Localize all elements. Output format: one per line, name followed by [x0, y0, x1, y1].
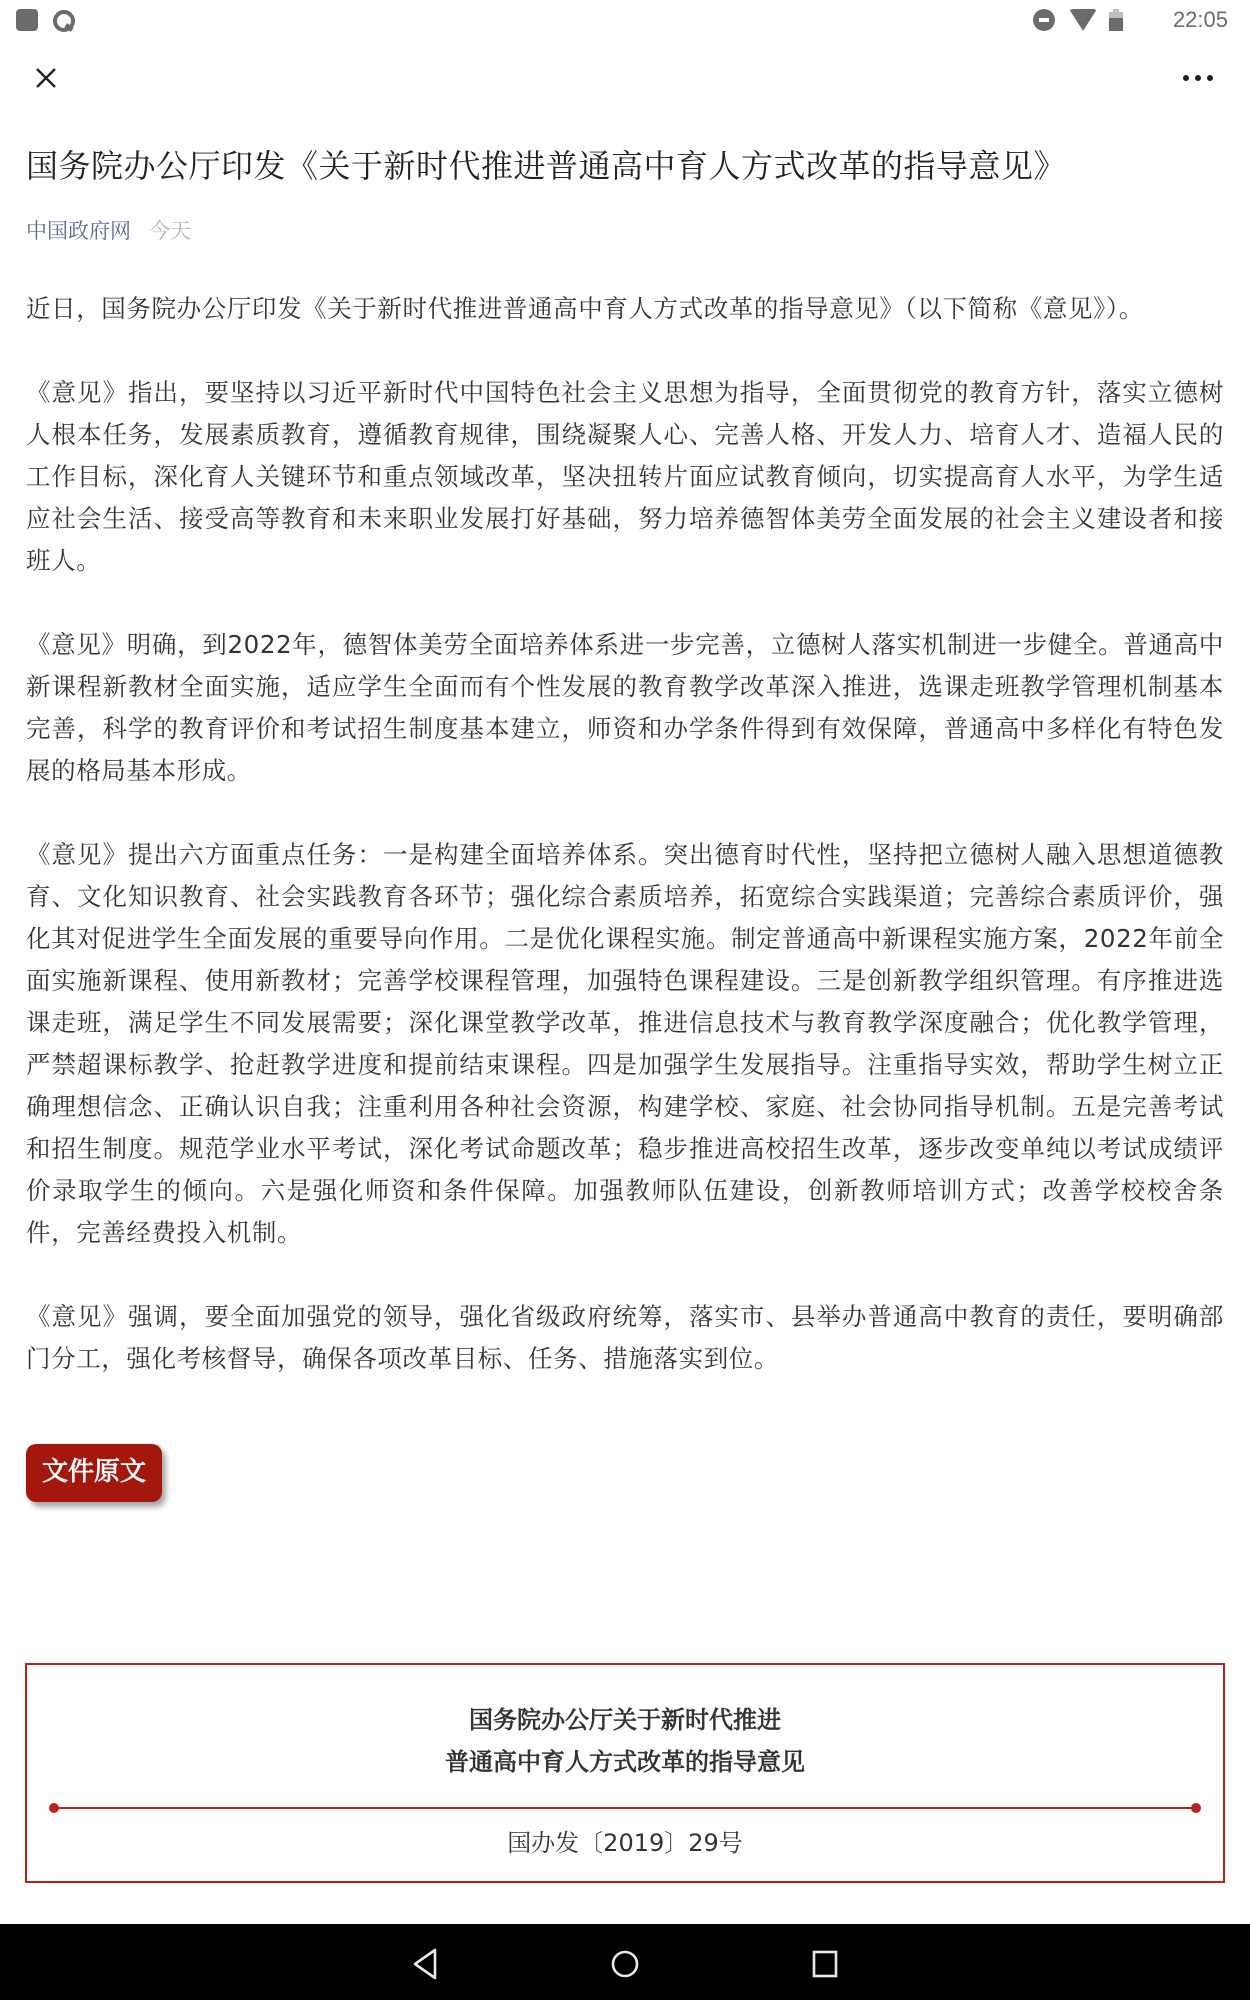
document-number: 国办发〔2019〕29号 — [27, 1823, 1223, 1863]
recents-button[interactable] — [805, 1944, 845, 1984]
publish-date: 今天 — [149, 216, 191, 246]
more-options-button[interactable] — [1174, 60, 1222, 96]
document-title-line-1: 国务院办公厅关于新时代推进 — [27, 1699, 1223, 1741]
article: 国务院办公厅印发《关于新时代推进普通高中育人方式改革的指导意见》 中国政府网 今… — [26, 140, 1224, 1502]
status-time: 22:05 — [1173, 7, 1228, 33]
notification-square-icon — [16, 9, 38, 31]
document-card: 国务院办公厅关于新时代推进 普通高中育人方式改革的指导意见 国办发〔2019〕2… — [25, 1663, 1225, 1883]
article-meta: 中国政府网 今天 — [26, 216, 1224, 246]
wifi-icon — [1069, 9, 1097, 31]
close-icon — [28, 60, 64, 96]
red-divider — [49, 1803, 1201, 1813]
home-button[interactable] — [605, 1944, 645, 1984]
paragraph: 《意见》明确，到2022年，德智体美劳全面培养体系进一步完善，立德树人落实机制进… — [26, 624, 1224, 792]
paragraph: 近日，国务院办公厅印发《关于新时代推进普通高中育人方式改革的指导意见》（以下简称… — [26, 288, 1224, 330]
status-right: 22:05 — [1033, 7, 1228, 33]
more-options-dot — [1195, 75, 1201, 81]
article-title: 国务院办公厅印发《关于新时代推进普通高中育人方式改革的指导意见》 — [26, 140, 1224, 192]
back-button[interactable] — [407, 1944, 447, 1984]
document-title-line-2: 普通高中育人方式改革的指导意见 — [27, 1741, 1223, 1783]
back-icon — [407, 1944, 447, 1984]
system-nav-bar — [0, 1924, 1250, 2000]
paragraph: 《意见》强调，要全面加强党的领导，强化省级政府统筹，落实市、县举办普通高中教育的… — [26, 1296, 1224, 1380]
close-button[interactable] — [28, 60, 64, 96]
status-left — [16, 9, 74, 31]
original-document-button[interactable]: 文件原文 — [26, 1444, 162, 1502]
divider-line — [54, 1807, 1196, 1809]
search-app-icon — [52, 9, 74, 31]
recents-icon — [805, 1944, 845, 1984]
more-options-icon — [1183, 75, 1189, 81]
screen: 22:05 国务院办公厅印发《关于新时代推进普通高中育人方式改革的指导意见》 中… — [0, 0, 1250, 2000]
top-toolbar — [0, 48, 1250, 108]
more-options-dot — [1207, 75, 1213, 81]
document-title: 国务院办公厅关于新时代推进 普通高中育人方式改革的指导意见 — [27, 1699, 1223, 1783]
status-bar: 22:05 — [0, 0, 1250, 40]
battery-icon — [1109, 9, 1123, 31]
divider-dot-right — [1191, 1803, 1201, 1813]
do-not-disturb-icon — [1033, 9, 1055, 31]
source-link[interactable]: 中国政府网 — [26, 216, 131, 246]
paragraph: 《意见》指出，要坚持以习近平新时代中国特色社会主义思想为指导，全面贯彻党的教育方… — [26, 372, 1224, 582]
home-icon — [605, 1944, 645, 1984]
paragraph: 《意见》提出六方面重点任务：一是构建全面培养体系。突出德育时代性，坚持把立德树人… — [26, 834, 1224, 1254]
article-content: 近日，国务院办公厅印发《关于新时代推进普通高中育人方式改革的指导意见》（以下简称… — [26, 288, 1224, 1380]
